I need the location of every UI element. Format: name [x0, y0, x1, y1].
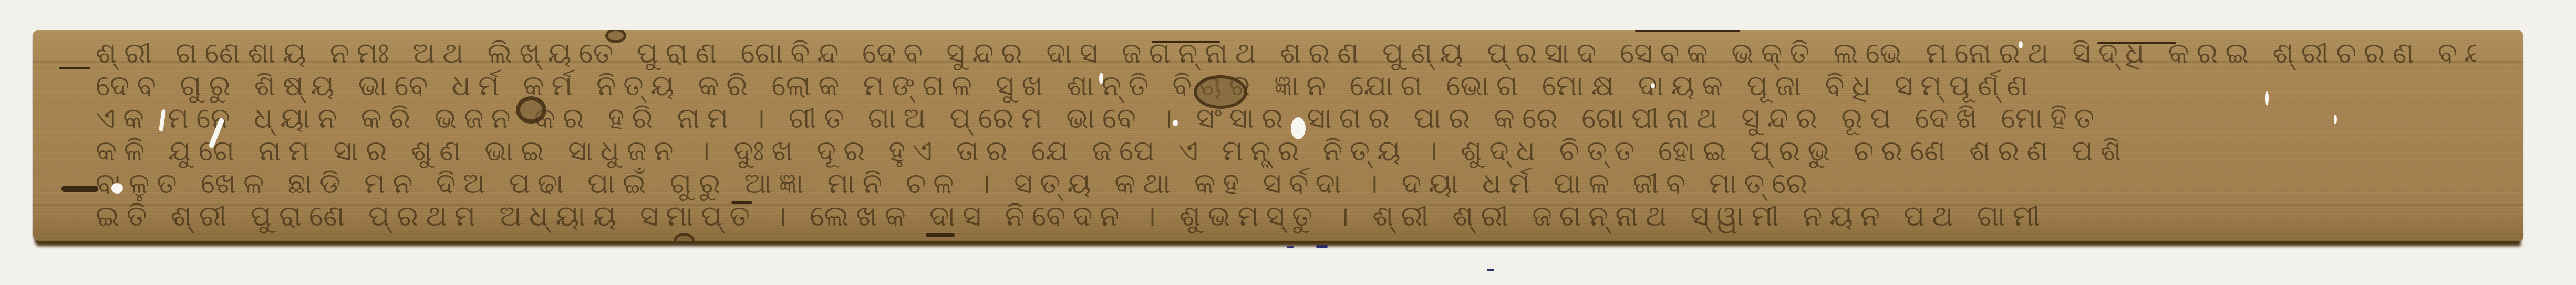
string-hole: [1194, 75, 1247, 109]
wormhole: [1291, 117, 1306, 139]
worm-track: [2097, 42, 2176, 44]
text-line-5: ବାଳୁତ ଖେଳ ଛାଡି ମନ ଦିଅ ପଢା ପାଇଁ ଗୁରୁ ଆଜ୍ଞ…: [96, 166, 2476, 201]
worm-track: [731, 201, 752, 204]
wormhole: [2019, 41, 2023, 48]
worm-track: [926, 233, 955, 237]
wormhole: [1651, 83, 1655, 88]
wormhole: [1099, 73, 1103, 84]
text-line-2: ଦେବ ଗୁରୁ ଶିଷ୍ୟ ଭାବେ ଧର୍ମ କର୍ମ ନିତ୍ୟ କରି …: [96, 68, 2476, 103]
worm-track: [1635, 30, 1740, 32]
palm-leaf: ଶ୍ରୀ ଗଣେଶାୟ ନମଃ ଅଥ ଲିଖ୍ୟତେ ପୁରାଣ ଗୋବିନ୍ଦ…: [33, 30, 2523, 241]
text-line-4: କଳି ଯୁଗେ ନାମ ସାର ଶୁଣ ଭାଇ ସାଧୁଜନ । ଦୁଃଖ ଦ…: [96, 134, 2476, 168]
text-line-3: ଏକ ମନେ ଧ୍ୟାନ କରି ଭଜନ କର ହରି ନାମ । ଗୀତ ଗା…: [96, 101, 2476, 136]
text-line-1: ଶ୍ରୀ ଗଣେଶାୟ ନମଃ ଅଥ ଲିଖ୍ୟତେ ପୁରାଣ ଗୋବିନ୍ଦ…: [96, 36, 2476, 70]
wormhole: [2265, 91, 2269, 106]
worm-track: [59, 67, 90, 69]
wormhole: [2334, 115, 2337, 124]
worm-track: [1152, 41, 1220, 43]
string-hole: [516, 96, 546, 124]
wormhole: [1173, 120, 1178, 126]
reference-mark: [1487, 269, 1494, 271]
burn-ring: [674, 233, 695, 241]
wormhole: [111, 183, 123, 194]
worm-track: [61, 186, 98, 192]
text-line-6: ଇତି ଶ୍ରୀ ପୁରାଣେ ପ୍ରଥମ ଅଧ୍ୟାୟ ସମାପ୍ତ । ଲେ…: [96, 199, 2476, 233]
reference-mark: [1316, 245, 1328, 248]
reference-mark: [1287, 246, 1294, 248]
